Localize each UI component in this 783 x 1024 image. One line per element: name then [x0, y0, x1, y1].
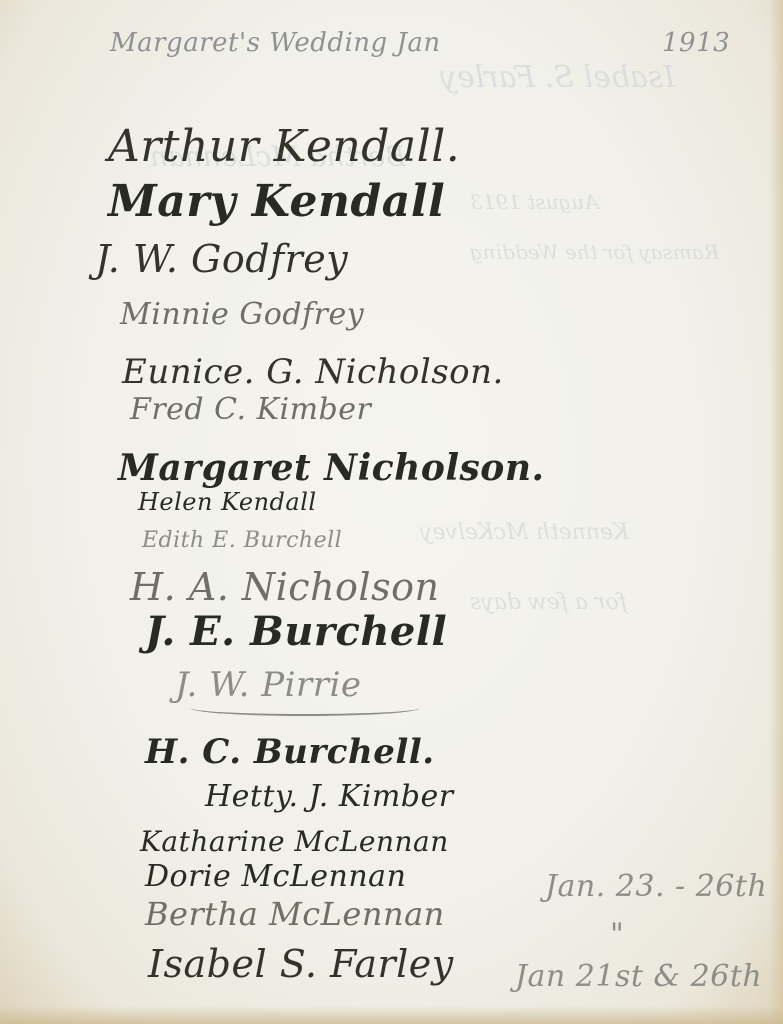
- page-header-title: Margaret's Wedding Jan: [110, 30, 441, 56]
- signature: Eunice. G. Nicholson.: [122, 355, 504, 389]
- signature: Katharine McLennan: [140, 828, 449, 856]
- page-header-year: 1913: [662, 30, 730, 56]
- signature: Arthur Kendall.: [108, 125, 460, 169]
- visit-date: Jan 21st & 26th: [515, 962, 762, 992]
- signature: Minnie Godfrey: [120, 300, 364, 330]
- page-edge-shadow: [0, 1006, 783, 1024]
- signature: H. A. Nicholson: [130, 568, 439, 606]
- bleed-through-text: for a few days: [470, 590, 627, 615]
- signature: Fred C. Kimber: [130, 395, 371, 425]
- signature: J. E. Burchell: [145, 612, 447, 652]
- signature: Helen Kendall: [138, 490, 317, 514]
- visit-date: Jan. 23. - 26th: [545, 872, 767, 902]
- signature: J. W. Godfrey: [95, 240, 348, 278]
- visit-date-ditto: ": [610, 920, 624, 950]
- signature: Bertha McLennan: [145, 898, 445, 930]
- bleed-through-text: Isabel S. Farley: [440, 60, 675, 95]
- signature: Isabel S. Farley: [148, 945, 454, 983]
- page-edge-shadow: [769, 0, 783, 1024]
- signature: Dorie McLennan: [145, 862, 406, 892]
- signature: Hetty. J. Kimber: [205, 782, 454, 812]
- bleed-through-text: August 1913: [470, 190, 599, 214]
- guest-book-page: Isabel S. Farley Bertha McLennan August …: [0, 0, 783, 1024]
- signature: H. C. Burchell.: [145, 735, 435, 769]
- bleed-through-text: Ramsay for the Wedding: [470, 240, 719, 264]
- signature: Edith E. Burchell: [142, 530, 342, 552]
- signature: Margaret Nicholson.: [118, 450, 545, 486]
- signature-underline-flourish: [190, 700, 420, 716]
- signature: J. W. Pirrie: [175, 668, 361, 702]
- bleed-through-text: Kenneth McKelvey: [420, 520, 629, 545]
- signature: Mary Kendall: [108, 180, 445, 224]
